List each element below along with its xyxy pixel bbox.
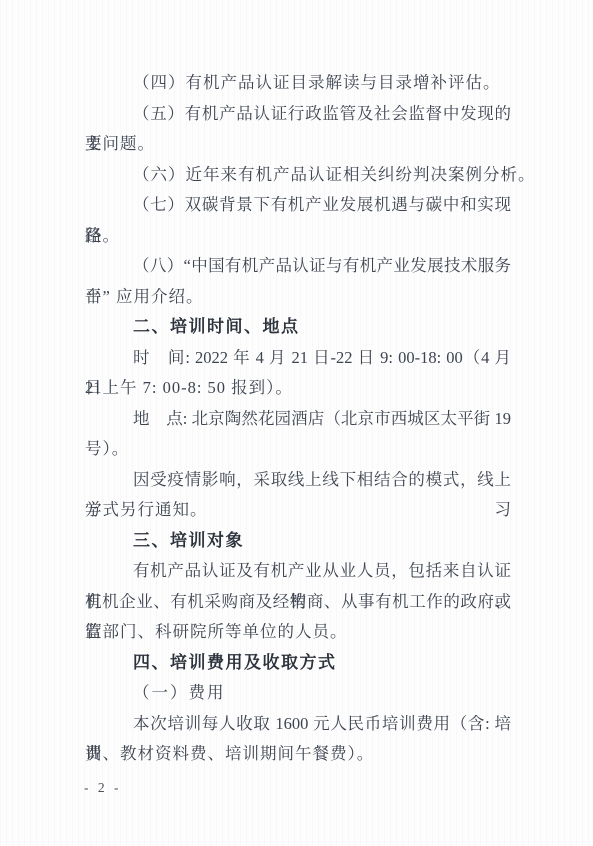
doc-line: 径。 <box>85 221 511 252</box>
subsection-heading-fee: （一）费用 <box>85 678 511 709</box>
doc-line: 有机企业、有机采购商及经销商、从事有机工作的政府或监 <box>85 587 511 618</box>
doc-line: （七）双碳背景下有机产业发展机遇与碳中和实现路 <box>85 190 511 221</box>
doc-line: 要问题。 <box>85 129 511 160</box>
doc-line-place: 地 点: 北京陶然花园酒店（北京市西城区太平街 19 <box>85 404 511 435</box>
doc-line-fee-amount: 本次培训每人收取 1600 元人民币培训费用（含: 培训 <box>85 709 511 740</box>
doc-line: （五）有机产品认证行政监管及社会监督中发现的主 <box>85 99 511 130</box>
section-heading-audience: 三、培训对象 <box>85 526 511 557</box>
doc-line: 号）。 <box>85 434 511 465</box>
doc-line: 日上午 7: 00-8: 50 报到）。 <box>85 373 511 404</box>
doc-line: （四）有机产品认证目录解读与目录增补评估。 <box>85 68 511 99</box>
page-number: - 2 - <box>84 780 122 796</box>
doc-line: 因受疫情影响，采取线上线下相结合的模式，线上学习 <box>85 465 511 496</box>
doc-line: 台” 应用介绍。 <box>85 282 511 313</box>
doc-line: （八）“中国有机产品认证与有机产业发展技术服务平 <box>85 251 511 282</box>
section-heading-fees: 四、培训费用及收取方式 <box>85 648 511 679</box>
doc-line: 有机产品认证及有机产业从业人员，包括来自认证机构、 <box>85 556 511 587</box>
doc-line: （六）近年来有机产品认证相关纠纷判决案例分析。 <box>85 160 511 191</box>
doc-line-time: 时 间: 2022 年 4 月 21 日-22 日 9: 00-18: 00（4… <box>85 343 511 374</box>
document-body: （四）有机产品认证目录解读与目录增补评估。 （五）有机产品认证行政监管及社会监督… <box>85 68 511 770</box>
document-page: （四）有机产品认证目录解读与目录增补评估。 （五）有机产品认证行政监管及社会监督… <box>0 0 593 846</box>
section-heading-time-place: 二、培训时间、地点 <box>85 312 511 343</box>
doc-line: 管部门、科研院所等单位的人员。 <box>85 617 511 648</box>
doc-line: 费、教材资料费、培训期间午餐费）。 <box>85 739 511 770</box>
